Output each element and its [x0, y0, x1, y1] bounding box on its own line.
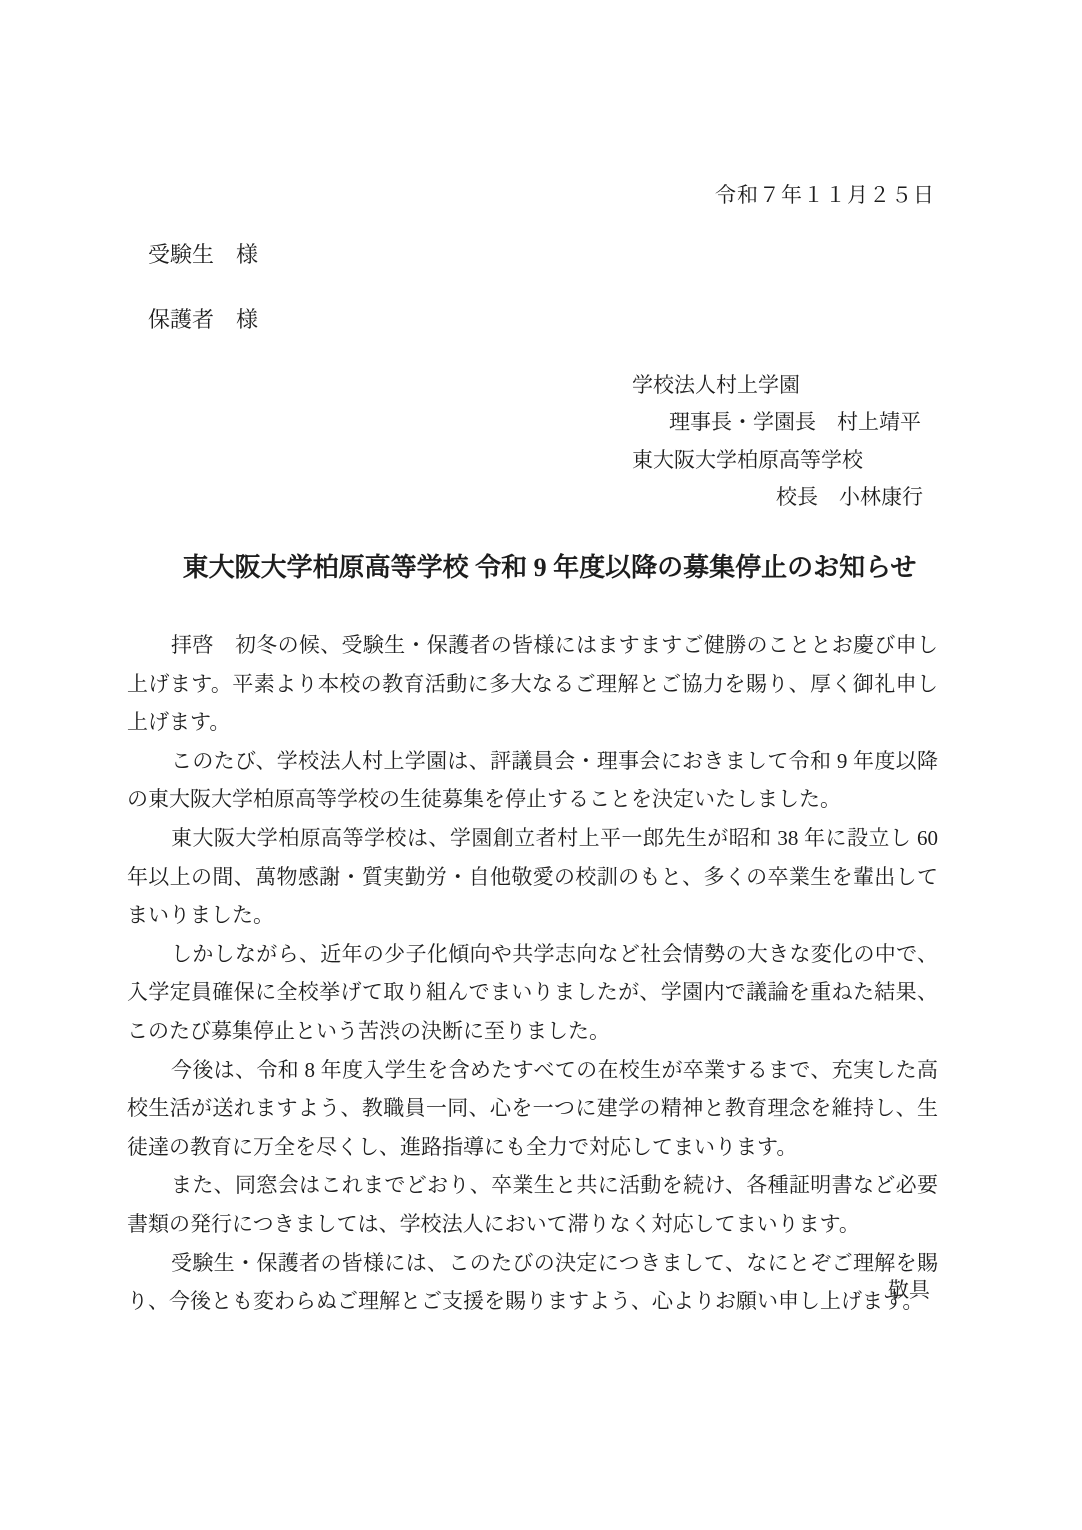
letter-title: 東大阪大学柏原高等学校 令和 9 年度以降の募集停止のお知らせ	[127, 550, 972, 586]
paragraph-history: 東大阪大学柏原高等学校は、学園創立者村上平一郎先生が昭和 38 年に設立し 60…	[127, 819, 938, 935]
paragraph-alumni: また、同窓会はこれまでどおり、卒業生と共に活動を続け、各種証明書など必要書類の発…	[127, 1166, 938, 1243]
paragraph-request: 受験生・保護者の皆様には、このたびの決定につきまして、なにとぞご理解を賜り、今後…	[127, 1244, 938, 1321]
paragraph-future-support: 今後は、令和 8 年度入学生を含めたすべての在校生が卒業するまで、充実した高校生…	[127, 1051, 938, 1167]
paragraph-reason: しかしながら、近年の少子化傾向や共学志向など社会情勢の大きな変化の中で、入学定員…	[127, 935, 938, 1051]
sender-principal-name: 校長 小林康行	[776, 483, 923, 511]
recipient-guardian: 保護者 様	[148, 305, 258, 335]
closing-keigu: 敬具	[888, 1275, 930, 1305]
sender-school-name: 東大阪大学柏原高等学校	[632, 446, 863, 474]
sender-corporation-name: 学校法人村上学園	[632, 371, 800, 399]
paragraph-decision: このたび、学校法人村上学園は、評議員会・理事会におきまして令和 9 年度以降の東…	[127, 742, 938, 819]
paragraph-greeting: 拝啓 初冬の候、受験生・保護者の皆様にはますますご健勝のこととお慶び申し上げます…	[127, 626, 938, 742]
letter-body: 拝啓 初冬の候、受験生・保護者の皆様にはますますご健勝のこととお慶び申し上げます…	[127, 626, 938, 1321]
letter-page: 令和７年１１月２５日 受験生 様 保護者 様 学校法人村上学園 理事長・学園長 …	[0, 0, 1082, 1530]
letter-date: 令和７年１１月２５日	[715, 181, 935, 209]
recipient-examinee: 受験生 様	[148, 240, 258, 270]
sender-chairman-name: 理事長・学園長 村上靖平	[669, 408, 921, 436]
